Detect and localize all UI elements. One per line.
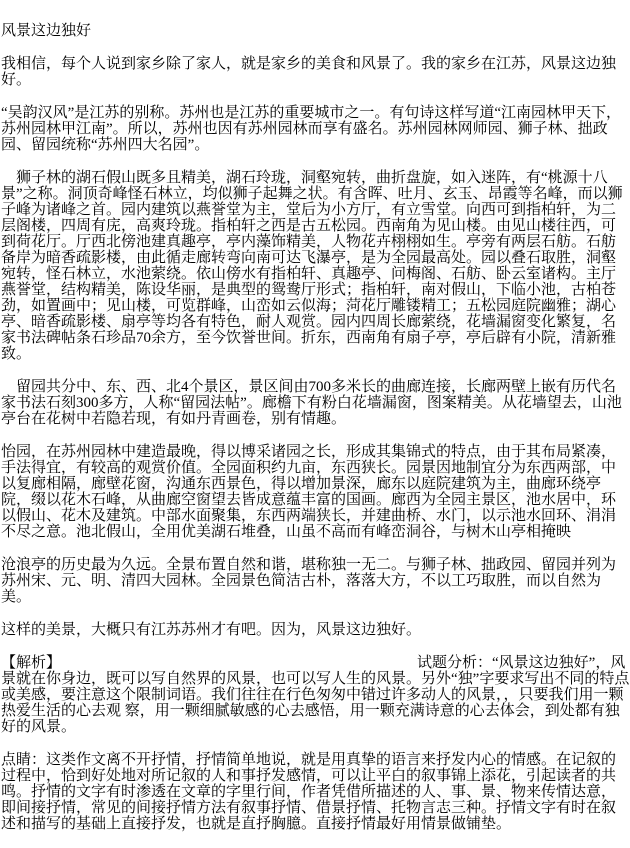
analysis-gap-spacer [61, 666, 417, 667]
analysis-body: 试题分析：“风景这边独好”，风景就在你身边，既可以写自然界的风景，也可以写人生的… [1, 655, 629, 735]
paragraph-jiangsu-suzhou: “吴韵汉风”是江苏的别称。苏州也是江苏的重要城市之一。有句诗这样写道“江南园林甲… [1, 105, 630, 153]
paragraph-canglangting: 沧浪亭的历史最为久远。全景布置自然和谐，堪称独一无二。与狮子林、拙政园、留园并列… [1, 557, 630, 605]
document-page: 风景这边独好 我相信，每个人说到家乡除了家人，就是家乡的美食和风景了。我的家乡在… [0, 0, 630, 832]
analysis-paragraph: 【解析】试题分析：“风景这边独好”，风景就在你身边，既可以写自然界的风景，也可以… [1, 655, 630, 735]
paragraph-dianjing: 点睛：这类作文离不开抒情，抒情简单地说，就是用真挚的语言来抒发内心的情感。在记叙… [1, 752, 630, 832]
paragraph-yiyuan: 怡园，在苏州园林中建造最晚，得以博采诸园之长，形成其集锦式的特点，由于其布局紧凑… [1, 444, 630, 540]
paragraph-intro: 我相信，每个人说到家乡除了家人，就是家乡的美食和风景了。我的家乡在江苏，风景这边… [1, 56, 630, 88]
analysis-label: 【解析】 [1, 655, 61, 671]
paragraph-conclusion: 这样的美景，大概只有江苏苏州才有吧。因为，风景这边独好。 [1, 622, 630, 638]
essay-title: 风景这边独好 [1, 23, 630, 39]
paragraph-shizilin: 狮子林的湖石假山既多且精美，湖石玲珑，洞壑宛转，曲折盘旋，如入迷阵，有“桃源十八… [1, 170, 630, 362]
paragraph-liuyuan: 留园共分中、东、西、北4个景区，景区间由700多米长的曲廊连接，长廊两壁上嵌有历… [1, 379, 630, 427]
